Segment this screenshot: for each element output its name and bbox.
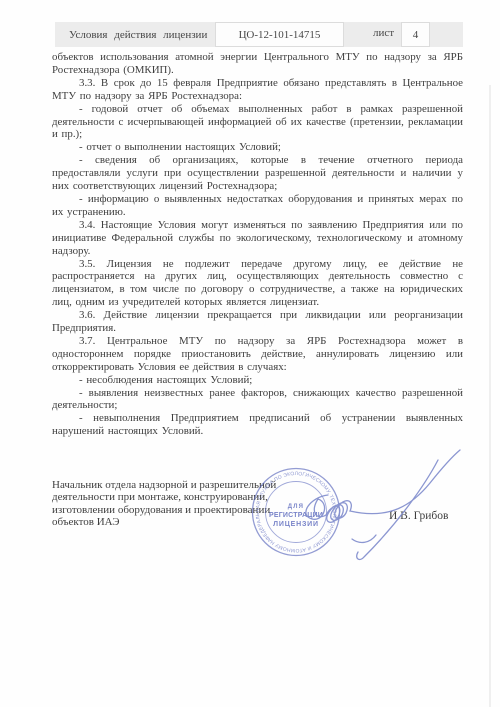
sheet-number-cell: 4 — [401, 22, 430, 47]
paragraph: - годовой отчет об объемах выполненных р… — [52, 103, 463, 142]
body-text: объектов использования атомной энергии Ц… — [52, 51, 463, 438]
paragraph: - сведения об организациях, которые в те… — [52, 154, 463, 193]
paragraph: - невыполнения Предприятием предписаний … — [52, 412, 463, 438]
paragraph: - информацию о выявленных недостатках об… — [52, 193, 463, 219]
paragraph: - выявления неизвестных ранее факторов, … — [52, 387, 463, 413]
header-table: Условия действия лицензии ЦО-12-101-1471… — [55, 22, 463, 47]
paragraph: объектов использования атомной энергии Ц… — [52, 51, 463, 77]
license-number-cell: ЦО-12-101-14715 — [215, 22, 344, 47]
paragraph: 3.6. Действие лицензии прекращается при … — [52, 309, 463, 335]
document-title: Условия действия лицензии — [55, 29, 207, 41]
handwritten-signature — [290, 443, 475, 568]
paragraph: 3.7. Центральное МТУ по надзору за ЯРБ Р… — [52, 335, 463, 374]
paragraph: 3.3. В срок до 15 февраля Предприятие об… — [52, 77, 463, 103]
paragraph: - отчет о выполнении настоящих Условий; — [52, 141, 463, 154]
paragraph: - несоблюдения настоящих Условий; — [52, 374, 463, 387]
sheet-label: лист — [373, 27, 394, 39]
document-page: Условия действия лицензии ЦО-12-101-1471… — [0, 0, 500, 707]
paragraph: 3.4. Настоящие Условия могут изменяться … — [52, 219, 463, 258]
paragraph: 3.5. Лицензия не подлежит передаче друго… — [52, 258, 463, 310]
scan-edge-artifact — [489, 85, 491, 707]
